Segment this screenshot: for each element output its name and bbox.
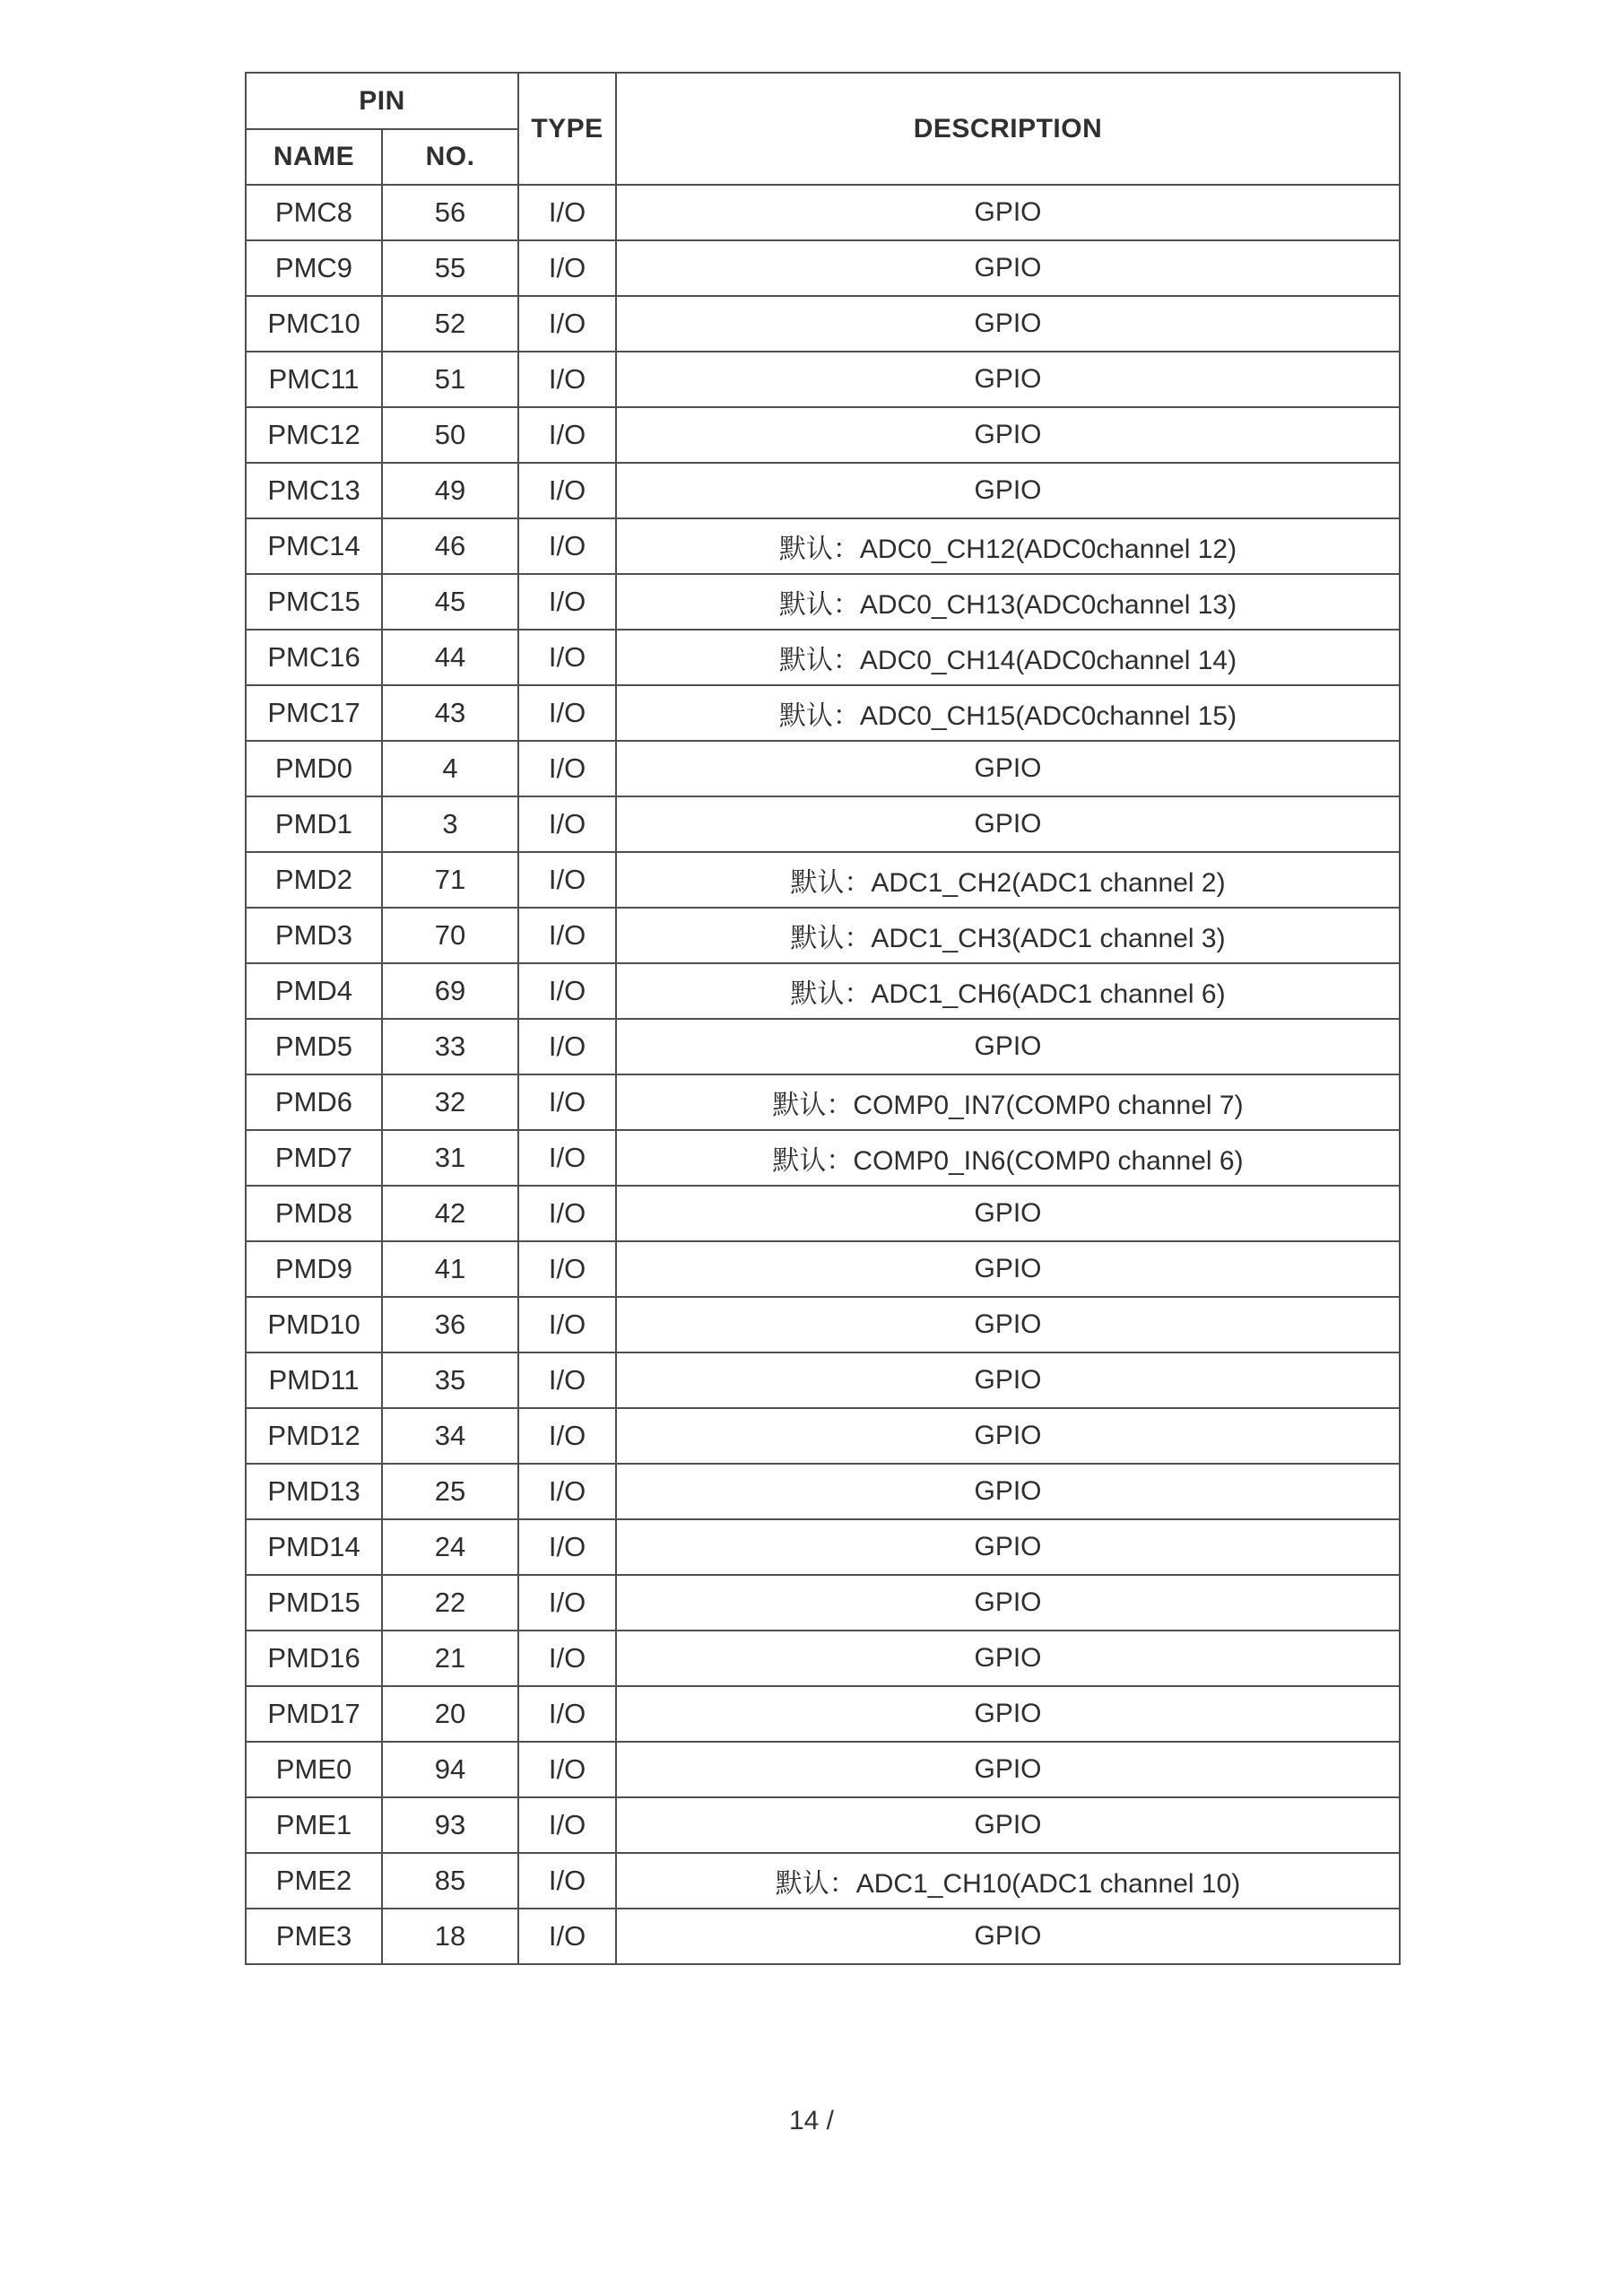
pin-no-cell: 46 — [382, 518, 518, 574]
pin-no-cell: 50 — [382, 407, 518, 463]
table-row: PMC1743I/O默认：ADC0_CH15(ADC0channel 15) — [246, 685, 1400, 741]
pin-no-cell: 55 — [382, 240, 518, 296]
pin-type-cell: I/O — [518, 852, 616, 908]
pin-name-cell: PMC15 — [246, 574, 382, 630]
pin-no-cell: 34 — [382, 1408, 518, 1464]
pin-no-cell: 4 — [382, 741, 518, 796]
pin-type-cell: I/O — [518, 1074, 616, 1130]
header-description: DESCRIPTION — [616, 73, 1400, 185]
pin-name-cell: PMD14 — [246, 1519, 382, 1575]
pin-description-cell: 默认：ADC0_CH13(ADC0channel 13) — [616, 574, 1400, 630]
pin-no-cell: 94 — [382, 1742, 518, 1797]
pin-name-cell: PMD5 — [246, 1019, 382, 1074]
table-row: PMC1151I/OGPIO — [246, 352, 1400, 407]
pin-name-cell: PMC10 — [246, 296, 382, 352]
pin-no-cell: 93 — [382, 1797, 518, 1853]
pin-type-cell: I/O — [518, 463, 616, 518]
pin-description-cell: 默认：ADC0_CH15(ADC0channel 15) — [616, 685, 1400, 741]
pin-type-cell: I/O — [518, 741, 616, 796]
pin-name-cell: PMC14 — [246, 518, 382, 574]
pin-type-cell: I/O — [518, 407, 616, 463]
pin-no-cell: 41 — [382, 1241, 518, 1297]
pin-no-cell: 35 — [382, 1352, 518, 1408]
pin-type-cell: I/O — [518, 963, 616, 1019]
pin-name-cell: PME1 — [246, 1797, 382, 1853]
pin-name-cell: PMD13 — [246, 1464, 382, 1519]
pin-no-cell: 31 — [382, 1130, 518, 1186]
pin-no-cell: 42 — [382, 1186, 518, 1241]
table-row: PMD731I/O默认：COMP0_IN6(COMP0 channel 6) — [246, 1130, 1400, 1186]
pin-description-cell: 默认：ADC1_CH10(ADC1 channel 10) — [616, 1853, 1400, 1909]
pin-name-cell: PMD4 — [246, 963, 382, 1019]
table-row: PMD1621I/OGPIO — [246, 1631, 1400, 1686]
pin-name-cell: PME0 — [246, 1742, 382, 1797]
pin-no-cell: 71 — [382, 852, 518, 908]
table-row: PMD842I/OGPIO — [246, 1186, 1400, 1241]
pin-description-cell: GPIO — [616, 1241, 1400, 1297]
pin-type-cell: I/O — [518, 1686, 616, 1742]
table-row: PME285I/O默认：ADC1_CH10(ADC1 channel 10) — [246, 1853, 1400, 1909]
pin-description-cell: 默认：COMP0_IN6(COMP0 channel 6) — [616, 1130, 1400, 1186]
pin-name-cell: PME2 — [246, 1853, 382, 1909]
pin-no-cell: 51 — [382, 352, 518, 407]
pin-type-cell: I/O — [518, 1019, 616, 1074]
table-row: PMD1036I/OGPIO — [246, 1297, 1400, 1352]
pin-description-cell: GPIO — [616, 1464, 1400, 1519]
pin-description-cell: GPIO — [616, 1519, 1400, 1575]
table-row: PMC1349I/OGPIO — [246, 463, 1400, 518]
table-row: PMD1720I/OGPIO — [246, 1686, 1400, 1742]
pin-no-cell: 45 — [382, 574, 518, 630]
pin-table: PIN TYPE DESCRIPTION NAME NO. PMC856I/OG… — [245, 72, 1401, 1965]
header-pin: PIN — [246, 73, 518, 129]
pin-description-cell: GPIO — [616, 352, 1400, 407]
table-row: PMD04I/OGPIO — [246, 741, 1400, 796]
pin-description-cell: GPIO — [616, 463, 1400, 518]
table-row: PMD533I/OGPIO — [246, 1019, 1400, 1074]
pin-type-cell: I/O — [518, 518, 616, 574]
pin-type-cell: I/O — [518, 630, 616, 685]
table-row: PME193I/OGPIO — [246, 1797, 1400, 1853]
pin-type-cell: I/O — [518, 1853, 616, 1909]
pin-type-cell: I/O — [518, 240, 616, 296]
pin-description-cell: GPIO — [616, 1631, 1400, 1686]
pin-table-body: PMC856I/OGPIOPMC955I/OGPIOPMC1052I/OGPIO… — [246, 185, 1400, 1964]
pin-description-cell: 默认：ADC0_CH12(ADC0channel 12) — [616, 518, 1400, 574]
pin-type-cell: I/O — [518, 352, 616, 407]
pin-name-cell: PMD11 — [246, 1352, 382, 1408]
pin-type-cell: I/O — [518, 1797, 616, 1853]
pin-no-cell: 44 — [382, 630, 518, 685]
table-row: PMD1424I/OGPIO — [246, 1519, 1400, 1575]
pin-name-cell: PMD17 — [246, 1686, 382, 1742]
pin-description-cell: GPIO — [616, 1408, 1400, 1464]
pin-no-cell: 69 — [382, 963, 518, 1019]
header-type: TYPE — [518, 73, 616, 185]
page-number: 14 / — [0, 2106, 1623, 2136]
table-row: PMC1250I/OGPIO — [246, 407, 1400, 463]
pin-type-cell: I/O — [518, 296, 616, 352]
pin-description-cell: GPIO — [616, 296, 1400, 352]
pin-name-cell: PMC12 — [246, 407, 382, 463]
pin-description-cell: 默认：COMP0_IN7(COMP0 channel 7) — [616, 1074, 1400, 1130]
pin-description-cell: GPIO — [616, 1019, 1400, 1074]
table-row: PMD1325I/OGPIO — [246, 1464, 1400, 1519]
pin-description-cell: GPIO — [616, 1352, 1400, 1408]
pin-name-cell: PMD6 — [246, 1074, 382, 1130]
pin-description-cell: 默认：ADC1_CH3(ADC1 channel 3) — [616, 908, 1400, 963]
pin-description-cell: GPIO — [616, 741, 1400, 796]
pin-type-cell: I/O — [518, 185, 616, 240]
table-row: PMC856I/OGPIO — [246, 185, 1400, 240]
pin-no-cell: 22 — [382, 1575, 518, 1631]
pin-name-cell: PMC9 — [246, 240, 382, 296]
pin-name-cell: PMD2 — [246, 852, 382, 908]
pin-type-cell: I/O — [518, 574, 616, 630]
pin-name-cell: PMD15 — [246, 1575, 382, 1631]
pin-description-cell: GPIO — [616, 1297, 1400, 1352]
pin-name-cell: PMD0 — [246, 741, 382, 796]
table-row: PMD370I/O默认：ADC1_CH3(ADC1 channel 3) — [246, 908, 1400, 963]
pin-type-cell: I/O — [518, 1909, 616, 1964]
pin-name-cell: PME3 — [246, 1909, 382, 1964]
pin-type-cell: I/O — [518, 796, 616, 852]
pin-type-cell: I/O — [518, 1464, 616, 1519]
pin-no-cell: 43 — [382, 685, 518, 741]
pin-no-cell: 18 — [382, 1909, 518, 1964]
pin-name-cell: PMC16 — [246, 630, 382, 685]
pin-type-cell: I/O — [518, 685, 616, 741]
pin-name-cell: PMD7 — [246, 1130, 382, 1186]
pin-no-cell: 21 — [382, 1631, 518, 1686]
table-row: PMC1644I/O默认：ADC0_CH14(ADC0channel 14) — [246, 630, 1400, 685]
pin-name-cell: PMC11 — [246, 352, 382, 407]
pin-type-cell: I/O — [518, 1186, 616, 1241]
pin-name-cell: PMD10 — [246, 1297, 382, 1352]
pin-no-cell: 32 — [382, 1074, 518, 1130]
pin-description-cell: GPIO — [616, 1575, 1400, 1631]
pin-table-header: PIN TYPE DESCRIPTION NAME NO. — [246, 73, 1400, 185]
pin-description-cell: GPIO — [616, 240, 1400, 296]
pin-description-cell: 默认：ADC0_CH14(ADC0channel 14) — [616, 630, 1400, 685]
pin-no-cell: 20 — [382, 1686, 518, 1742]
pin-no-cell: 56 — [382, 185, 518, 240]
pin-type-cell: I/O — [518, 1352, 616, 1408]
pin-type-cell: I/O — [518, 1631, 616, 1686]
pin-name-cell: PMD1 — [246, 796, 382, 852]
pin-description-cell: GPIO — [616, 796, 1400, 852]
table-row: PMC1446I/O默认：ADC0_CH12(ADC0channel 12) — [246, 518, 1400, 574]
pin-description-cell: 默认：ADC1_CH2(ADC1 channel 2) — [616, 852, 1400, 908]
pin-no-cell: 24 — [382, 1519, 518, 1575]
table-row: PME094I/OGPIO — [246, 1742, 1400, 1797]
pin-name-cell: PMD16 — [246, 1631, 382, 1686]
pin-name-cell: PMD3 — [246, 908, 382, 963]
pin-description-cell: GPIO — [616, 1797, 1400, 1853]
table-row: PMD469I/O默认：ADC1_CH6(ADC1 channel 6) — [246, 963, 1400, 1019]
pin-no-cell: 36 — [382, 1297, 518, 1352]
table-row: PMD941I/OGPIO — [246, 1241, 1400, 1297]
pin-description-cell: GPIO — [616, 1742, 1400, 1797]
pin-type-cell: I/O — [518, 1575, 616, 1631]
pin-name-cell: PMC8 — [246, 185, 382, 240]
table-row: PMD632I/O默认：COMP0_IN7(COMP0 channel 7) — [246, 1074, 1400, 1130]
pin-no-cell: 33 — [382, 1019, 518, 1074]
table-row: PMD1135I/OGPIO — [246, 1352, 1400, 1408]
pin-no-cell: 49 — [382, 463, 518, 518]
pin-no-cell: 70 — [382, 908, 518, 963]
pin-description-cell: GPIO — [616, 1909, 1400, 1964]
pin-type-cell: I/O — [518, 1241, 616, 1297]
pin-no-cell: 25 — [382, 1464, 518, 1519]
pin-name-cell: PMC17 — [246, 685, 382, 741]
pin-type-cell: I/O — [518, 1130, 616, 1186]
header-name: NAME — [246, 129, 382, 185]
pin-no-cell: 52 — [382, 296, 518, 352]
pin-type-cell: I/O — [518, 1297, 616, 1352]
table-row: PMD13I/OGPIO — [246, 796, 1400, 852]
table-row: PMC955I/OGPIO — [246, 240, 1400, 296]
pin-description-cell: GPIO — [616, 1686, 1400, 1742]
pin-no-cell: 3 — [382, 796, 518, 852]
header-no: NO. — [382, 129, 518, 185]
pin-table-container: PIN TYPE DESCRIPTION NAME NO. PMC856I/OG… — [245, 72, 1401, 1965]
pin-type-cell: I/O — [518, 908, 616, 963]
pin-type-cell: I/O — [518, 1519, 616, 1575]
table-row: PMD1234I/OGPIO — [246, 1408, 1400, 1464]
table-row: PMD1522I/OGPIO — [246, 1575, 1400, 1631]
pin-description-cell: GPIO — [616, 185, 1400, 240]
pin-name-cell: PMD8 — [246, 1186, 382, 1241]
pin-type-cell: I/O — [518, 1742, 616, 1797]
pin-no-cell: 85 — [382, 1853, 518, 1909]
table-row: PMC1052I/OGPIO — [246, 296, 1400, 352]
pin-description-cell: GPIO — [616, 407, 1400, 463]
pin-type-cell: I/O — [518, 1408, 616, 1464]
pin-description-cell: GPIO — [616, 1186, 1400, 1241]
pin-name-cell: PMD9 — [246, 1241, 382, 1297]
pin-name-cell: PMD12 — [246, 1408, 382, 1464]
pin-description-cell: 默认：ADC1_CH6(ADC1 channel 6) — [616, 963, 1400, 1019]
pin-name-cell: PMC13 — [246, 463, 382, 518]
table-row: PMD271I/O默认：ADC1_CH2(ADC1 channel 2) — [246, 852, 1400, 908]
table-row: PMC1545I/O默认：ADC0_CH13(ADC0channel 13) — [246, 574, 1400, 630]
table-row: PME318I/OGPIO — [246, 1909, 1400, 1964]
